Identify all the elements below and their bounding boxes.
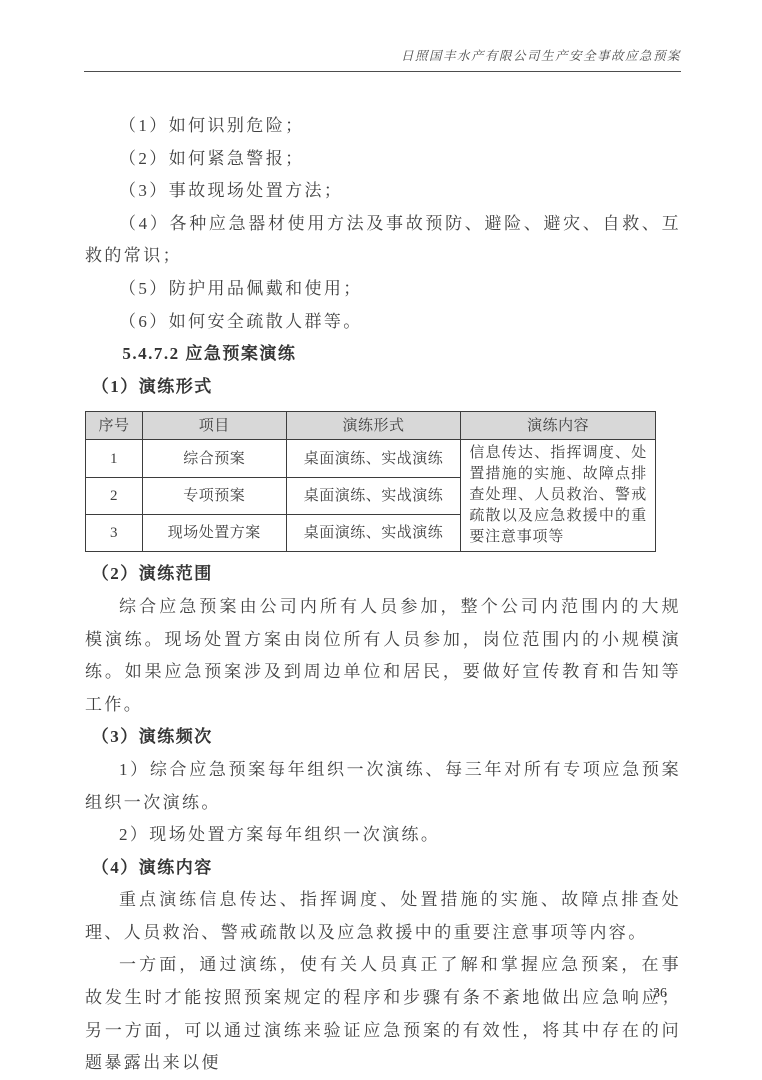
list-item-1: （1）如何识别危险； bbox=[85, 110, 681, 143]
list-item-6: （6）如何安全疏散人群等。 bbox=[85, 306, 681, 339]
list-item-5: （5）防护用品佩戴和使用； bbox=[85, 273, 681, 306]
page-number: 36 bbox=[653, 986, 667, 1002]
col-header-content: 演练内容 bbox=[461, 412, 656, 440]
cell-no: 2 bbox=[86, 477, 143, 514]
cell-item: 专项预案 bbox=[142, 477, 286, 514]
subheading-drill-content: （4）演练内容 bbox=[85, 852, 681, 885]
table-header-row: 序号 项目 演练形式 演练内容 bbox=[86, 412, 656, 440]
subheading-drill-form: （1）演练形式 bbox=[85, 371, 681, 404]
drill-scope-paragraph: 综合应急预案由公司内所有人员参加，整个公司内范围内的大规模演练。现场处置方案由岗… bbox=[85, 591, 681, 721]
section-heading: 5.4.7.2 应急预案演练 bbox=[85, 338, 681, 371]
list-item-3: （3）事故现场处置方法； bbox=[85, 175, 681, 208]
list-item-2: （2）如何紧急警报； bbox=[85, 143, 681, 176]
col-header-form: 演练形式 bbox=[286, 412, 461, 440]
drill-content-paragraph-1: 重点演练信息传达、指挥调度、处置措施的实施、故障点排查处理、人员救治、警戒疏散以… bbox=[85, 884, 681, 949]
cell-drill-content: 信息传达、指挥调度、处置措施的实施、故障点排查处理、人员救治、警戒疏散以及应急救… bbox=[461, 440, 656, 552]
cell-item: 综合预案 bbox=[142, 440, 286, 477]
cell-item: 现场处置方案 bbox=[142, 515, 286, 552]
subheading-drill-frequency: （3）演练频次 bbox=[85, 721, 681, 754]
document-page: 日照国丰水产有限公司生产安全事故应急预案 （1）如何识别危险； （2）如何紧急警… bbox=[0, 0, 762, 1080]
list-item-4: （4）各种应急器材使用方法及事故预防、避险、避灾、自救、互救的常识； bbox=[85, 208, 681, 273]
col-header-no: 序号 bbox=[86, 412, 143, 440]
cell-form: 桌面演练、实战演练 bbox=[286, 477, 461, 514]
drill-frequency-item-2: 2）现场处置方案每年组织一次演练。 bbox=[85, 819, 681, 852]
cell-form: 桌面演练、实战演练 bbox=[286, 515, 461, 552]
cell-no: 1 bbox=[86, 440, 143, 477]
cell-no: 3 bbox=[86, 515, 143, 552]
table-row: 1 综合预案 桌面演练、实战演练 信息传达、指挥调度、处置措施的实施、故障点排查… bbox=[86, 440, 656, 477]
drill-form-table: 序号 项目 演练形式 演练内容 1 综合预案 桌面演练、实战演练 信息传达、指挥… bbox=[85, 411, 656, 552]
document-body: （1）如何识别危险； （2）如何紧急警报； （3）事故现场处置方法； （4）各种… bbox=[85, 110, 681, 1080]
col-header-item: 项目 bbox=[142, 412, 286, 440]
drill-frequency-item-1: 1）综合应急预案每年组织一次演练、每三年对所有专项应急预案组织一次演练。 bbox=[85, 754, 681, 819]
cell-form: 桌面演练、实战演练 bbox=[286, 440, 461, 477]
subheading-drill-scope: （2）演练范围 bbox=[85, 558, 681, 591]
page-header-title: 日照国丰水产有限公司生产安全事故应急预案 bbox=[84, 46, 681, 72]
drill-content-paragraph-2: 一方面，通过演练，使有关人员真正了解和掌握应急预案，在事故发生时才能按照预案规定… bbox=[85, 949, 681, 1079]
